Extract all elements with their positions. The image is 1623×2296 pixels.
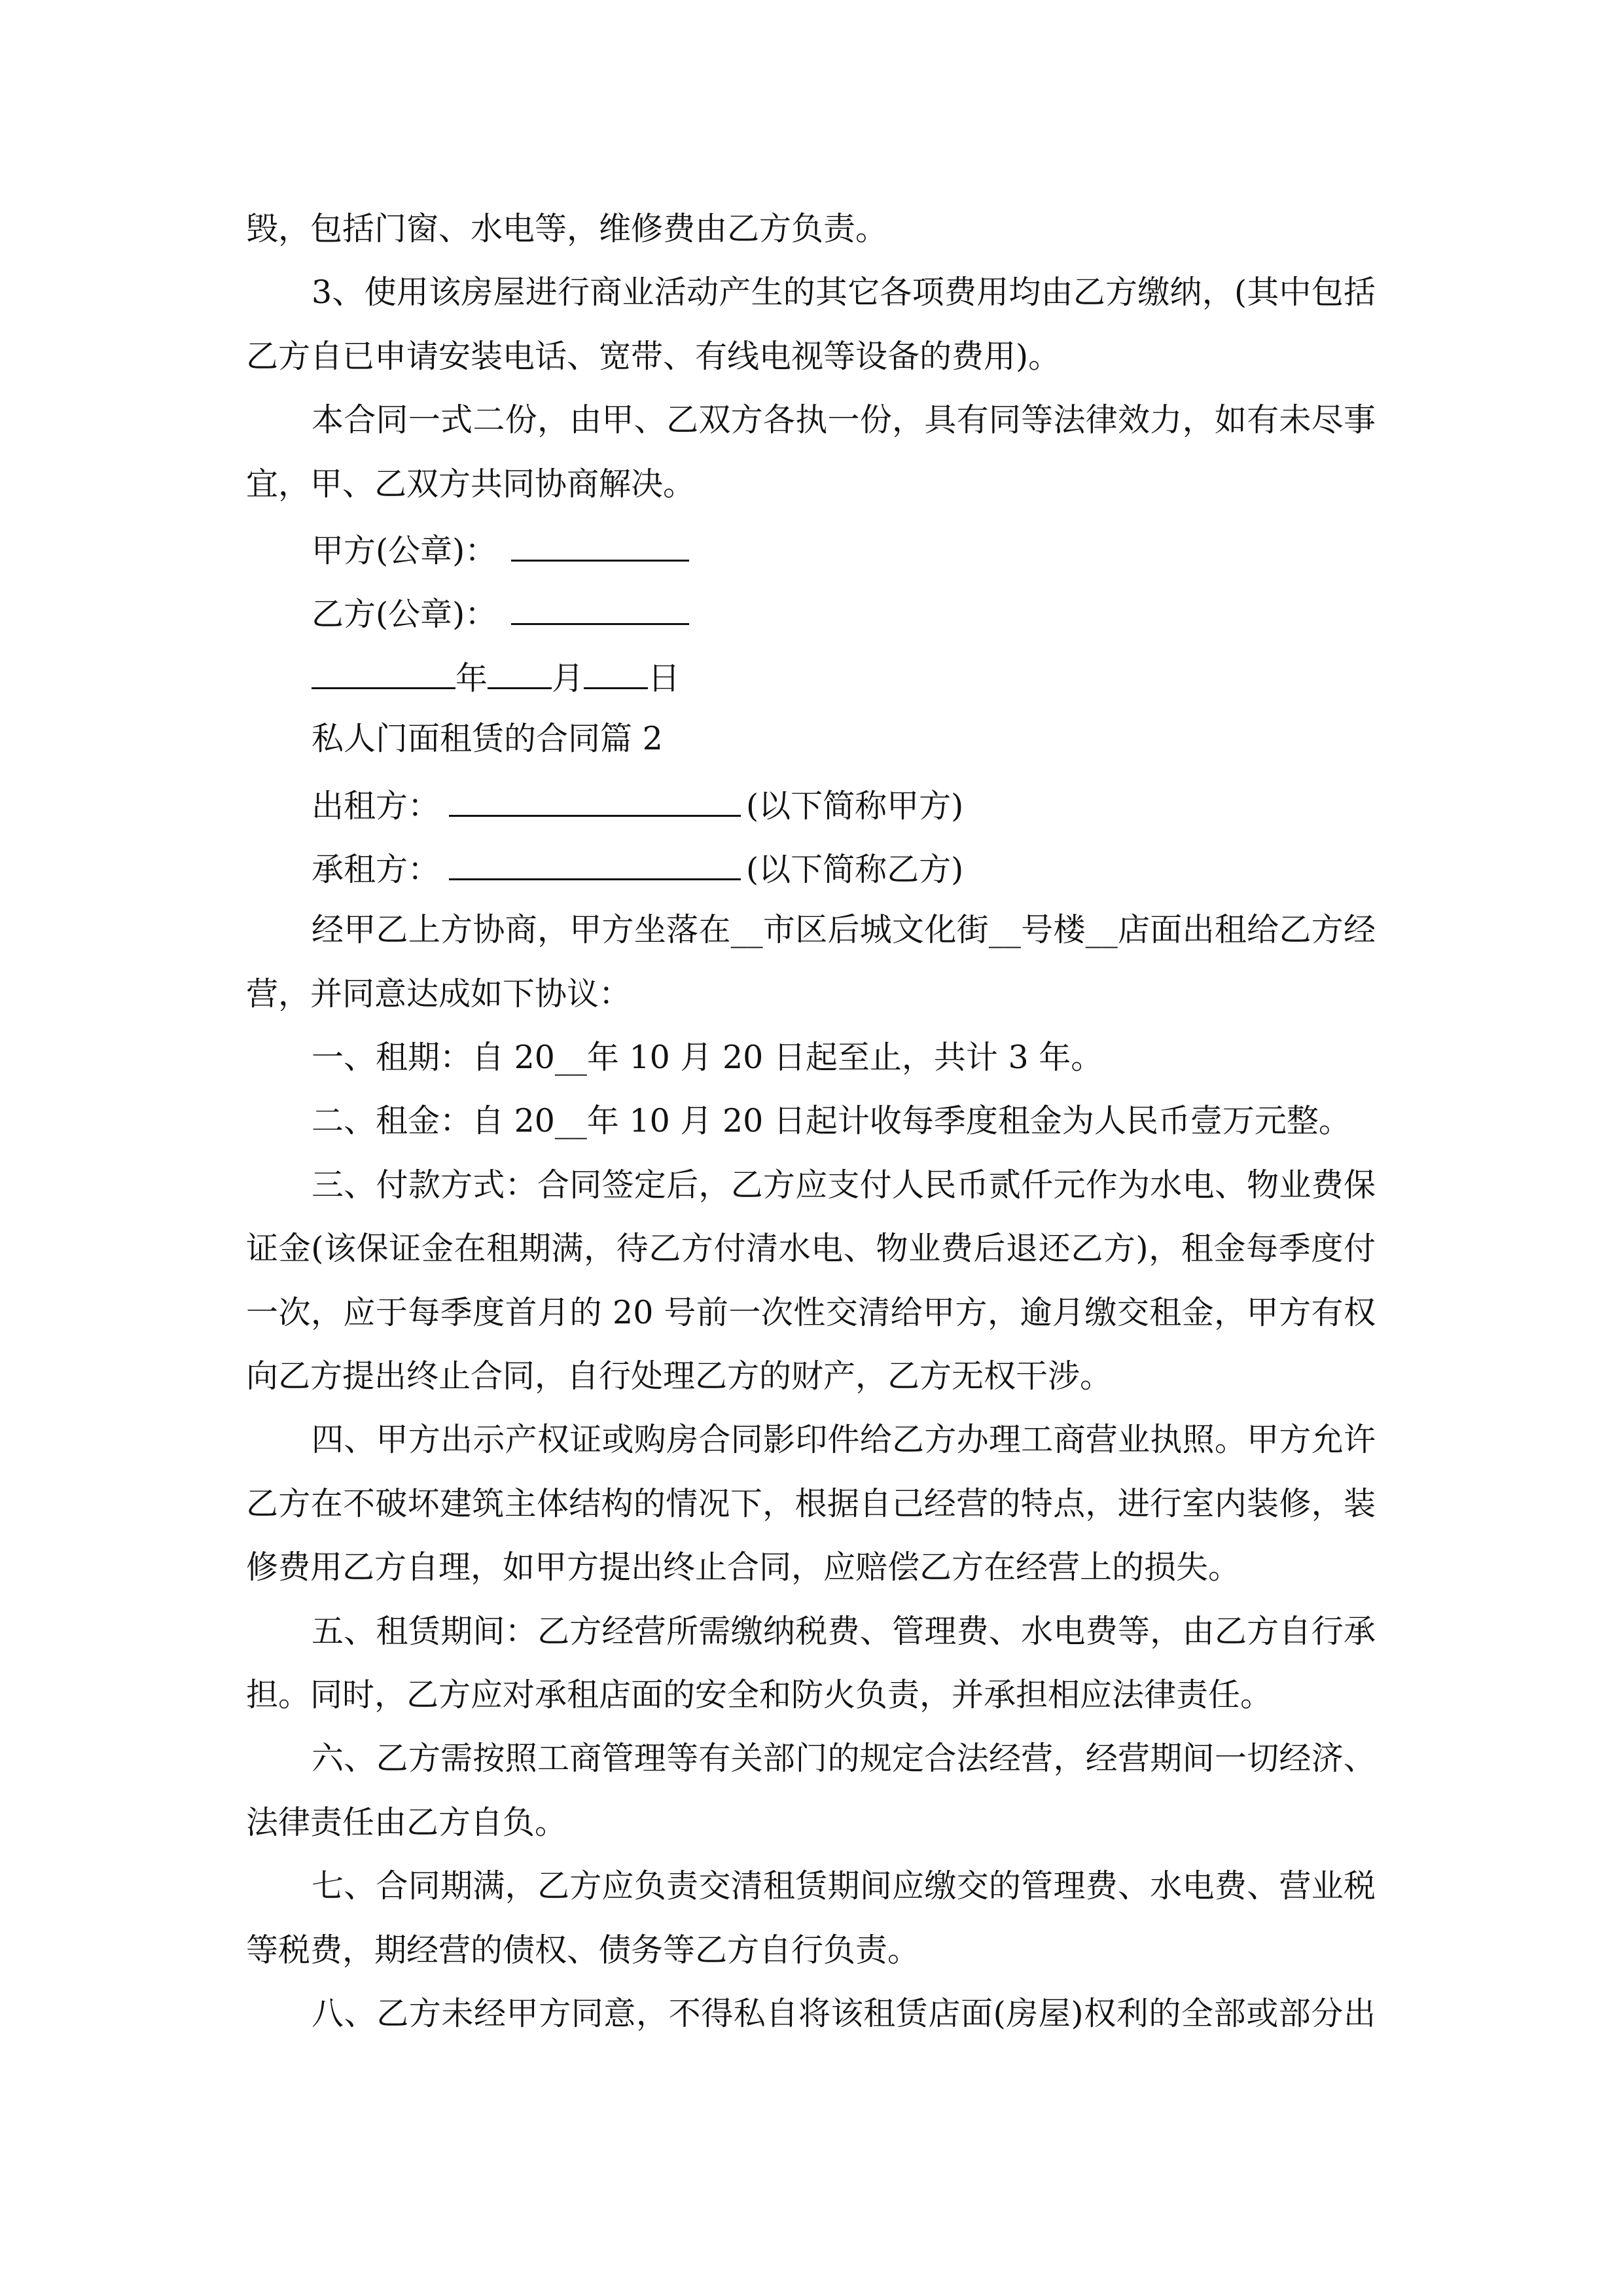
clause-line: 证金(该保证金在租期满，待乙方付清水电、物业费后退还乙方)，租金每季度付 xyxy=(246,1224,1376,1287)
clause-line: 修费用乙方自理，如甲方提出终止合同，应赔偿乙方在经营上的损失。 xyxy=(246,1543,1376,1606)
clause-line: 四、甲方出示产权证或购房合同影印件给乙方办理工商营业执照。甲方允许 xyxy=(246,1415,1376,1479)
clause-line: 二、租金：自 20__年 10 月 20 日起计收每季度租金为人民币壹万元整。 xyxy=(246,1096,1376,1160)
document-page: 毁，包括门窗、水电等，维修费由乙方负责。 3、使用该房屋进行商业活动产生的其它各… xyxy=(0,0,1623,2296)
clause-line: 乙方在不破坏建筑主体结构的情况下，根据自己经营的特点，进行室内装修，装 xyxy=(246,1479,1376,1543)
date-month-blank xyxy=(488,651,552,689)
date-day-blank xyxy=(584,651,648,689)
clause-line: 七、合同期满，乙方应负责交清租赁期间应缴交的管理费、水电费、营业税 xyxy=(246,1861,1376,1925)
paragraph-line: 毁，包括门窗、水电等，维修费由乙方负责。 xyxy=(246,204,1376,268)
section-title: 私人门面租赁的合同篇 2 xyxy=(246,714,1376,778)
lessee-blank xyxy=(449,842,741,880)
date-year-blank xyxy=(312,651,455,689)
date-month-label: 月 xyxy=(552,660,584,697)
clause-line: 法律责任由乙方自负。 xyxy=(246,1798,1376,1861)
clause-line: 五、租赁期间：乙方经营所需缴纳税费、管理费、水电费等，由乙方自行承 xyxy=(246,1607,1376,1670)
paragraph-line: 乙方自已申请安装电话、宽带、有线电视等设备的费用)。 xyxy=(246,332,1376,395)
paragraph-line: 本合同一式二份，由甲、乙双方各执一份，具有同等法律效力，如有未尽事 xyxy=(246,395,1376,459)
paragraph-line: 宜，甲、乙双方共同协商解决。 xyxy=(246,459,1376,523)
lessee-line: 承租方：(以下简称乙方) xyxy=(246,842,1376,905)
clause-line: 三、付款方式：合同签定后，乙方应支付人民币贰仟元作为水电、物业费保 xyxy=(246,1160,1376,1224)
signature-party-a: 甲方(公章)： xyxy=(246,523,1376,586)
signature-party-b: 乙方(公章)： xyxy=(246,586,1376,650)
lessor-suffix: (以下简称甲方) xyxy=(746,787,963,825)
lessee-suffix: (以下简称乙方) xyxy=(746,851,963,888)
lessor-line: 出租方：(以下简称甲方) xyxy=(246,778,1376,842)
clause-line: 六、乙方需按照工商管理等有关部门的规定合法经营，经营期间一切经济、 xyxy=(246,1734,1376,1797)
signature-party-a-label: 甲方(公章)： xyxy=(312,532,497,569)
clause-line: 向乙方提出终止合同，自行处理乙方的财产，乙方无权干涉。 xyxy=(246,1352,1376,1415)
signature-party-b-blank xyxy=(511,586,689,625)
lessor-label: 出租方： xyxy=(312,787,440,825)
clause-line: 等税费，期经营的债权、债务等乙方自行负责。 xyxy=(246,1926,1376,1989)
signature-party-a-blank xyxy=(511,523,689,562)
clause-line: 一次，应于每季度首月的 20 号前一次性交清给甲方，逾月缴交租金，甲方有权 xyxy=(246,1288,1376,1352)
clause-line: 营，并同意达成如下协议： xyxy=(246,969,1376,1033)
lessee-label: 承租方： xyxy=(312,851,440,888)
clause-line: 经甲乙上方协商，甲方坐落在__市区后城文化街__号楼__店面出租给乙方经 xyxy=(246,905,1376,969)
signature-party-b-label: 乙方(公章)： xyxy=(312,596,497,633)
paragraph-line: 3、使用该房屋进行商业活动产生的其它各项费用均由乙方缴纳，(其中包括 xyxy=(246,268,1376,331)
date-day-label: 日 xyxy=(648,660,680,697)
clause-line: 一、租期：自 20__年 10 月 20 日起至止，共计 3 年。 xyxy=(246,1033,1376,1096)
clause-line: 八、乙方未经甲方同意，不得私自将该租赁店面(房屋)权利的全部或部分出 xyxy=(246,1989,1376,2053)
signature-date: 年月日 xyxy=(246,651,1376,714)
lessor-blank xyxy=(449,778,741,817)
clause-line: 担。同时，乙方应对承租店面的安全和防火负责，并承担相应法律责任。 xyxy=(246,1670,1376,1734)
document-body: 毁，包括门窗、水电等，维修费由乙方负责。 3、使用该房屋进行商业活动产生的其它各… xyxy=(246,204,1376,2053)
date-year-label: 年 xyxy=(455,660,488,697)
